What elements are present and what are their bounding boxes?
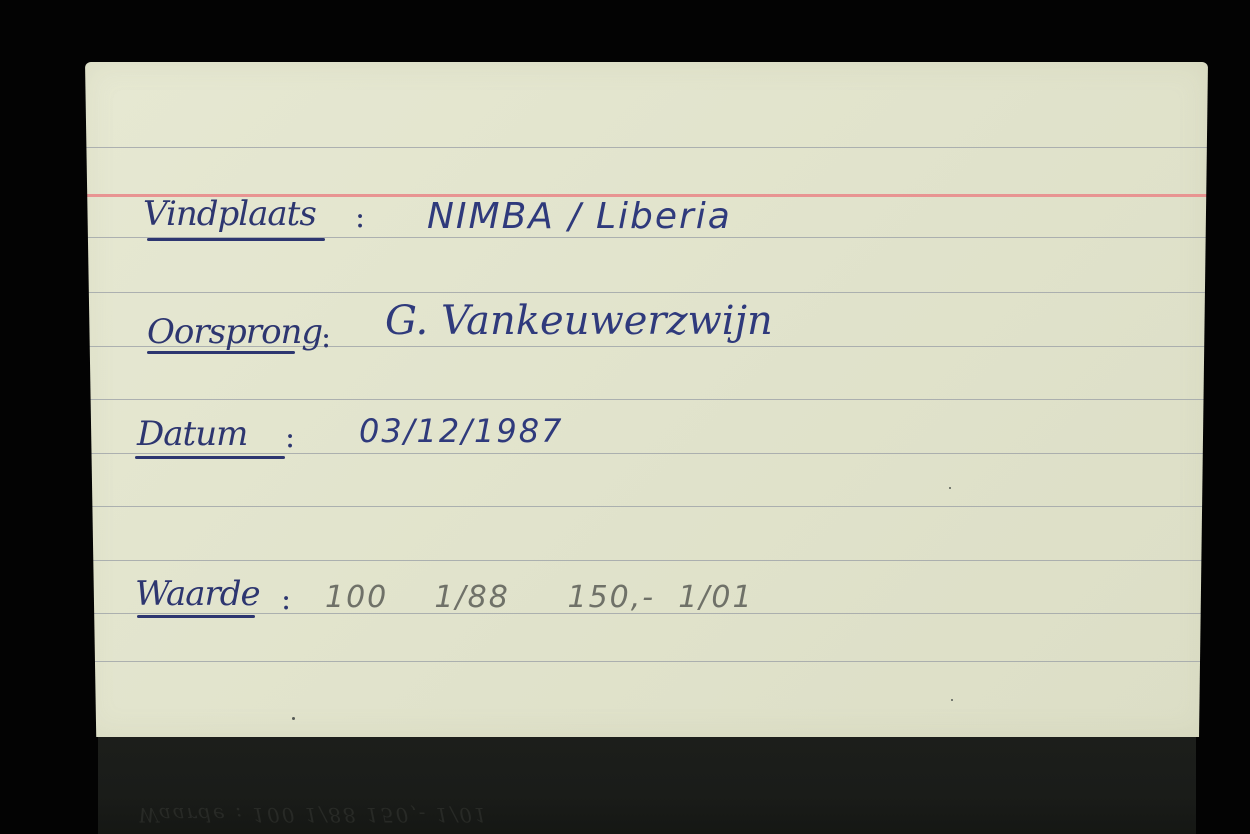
value-part: 100 xyxy=(325,580,388,615)
paper-speck xyxy=(292,717,295,720)
value-part: 1/88 xyxy=(434,580,509,615)
field-label: Datum xyxy=(137,414,247,454)
rule-line xyxy=(85,560,1208,561)
field-value-pencil: 100 1/88 150,- 1/01 xyxy=(325,580,754,615)
field-label: Vindplaats xyxy=(143,194,316,234)
rule-line xyxy=(85,453,1208,454)
field-separator: : xyxy=(281,582,291,617)
label-underline xyxy=(147,238,325,241)
rule-line xyxy=(85,292,1208,293)
field-label: Oorsprong xyxy=(147,312,322,352)
value-part: 150,- xyxy=(567,580,655,615)
index-card: Vindplaats : NIMBA / Liberia Oorsprong :… xyxy=(85,62,1208,737)
field-value: 03/12/1987 xyxy=(359,412,563,450)
rule-line xyxy=(85,399,1208,400)
field-separator: : xyxy=(321,320,331,355)
value-part: 1/01 xyxy=(678,580,753,615)
reflection-text: Waarde : 100 1/88 150,- 1/01 xyxy=(138,803,489,827)
rule-line xyxy=(85,147,1208,148)
field-separator: : xyxy=(355,200,365,235)
rule-line xyxy=(85,506,1208,507)
field-label: Waarde xyxy=(135,574,260,614)
field-value: NIMBA / Liberia xyxy=(427,196,732,237)
field-separator: : xyxy=(285,420,295,455)
field-value: G. Vankeuwerzwijn xyxy=(385,298,773,344)
label-underline xyxy=(135,456,285,459)
table-reflection: Waarde : 100 1/88 150,- 1/01 xyxy=(98,737,1196,834)
label-underline xyxy=(137,615,255,618)
paper-speck xyxy=(949,487,951,489)
rule-line xyxy=(85,661,1208,662)
paper-speck xyxy=(951,699,953,701)
photo-stage: Waarde : 100 1/88 150,- 1/01 Vindplaats … xyxy=(0,0,1250,834)
label-underline xyxy=(147,351,295,354)
